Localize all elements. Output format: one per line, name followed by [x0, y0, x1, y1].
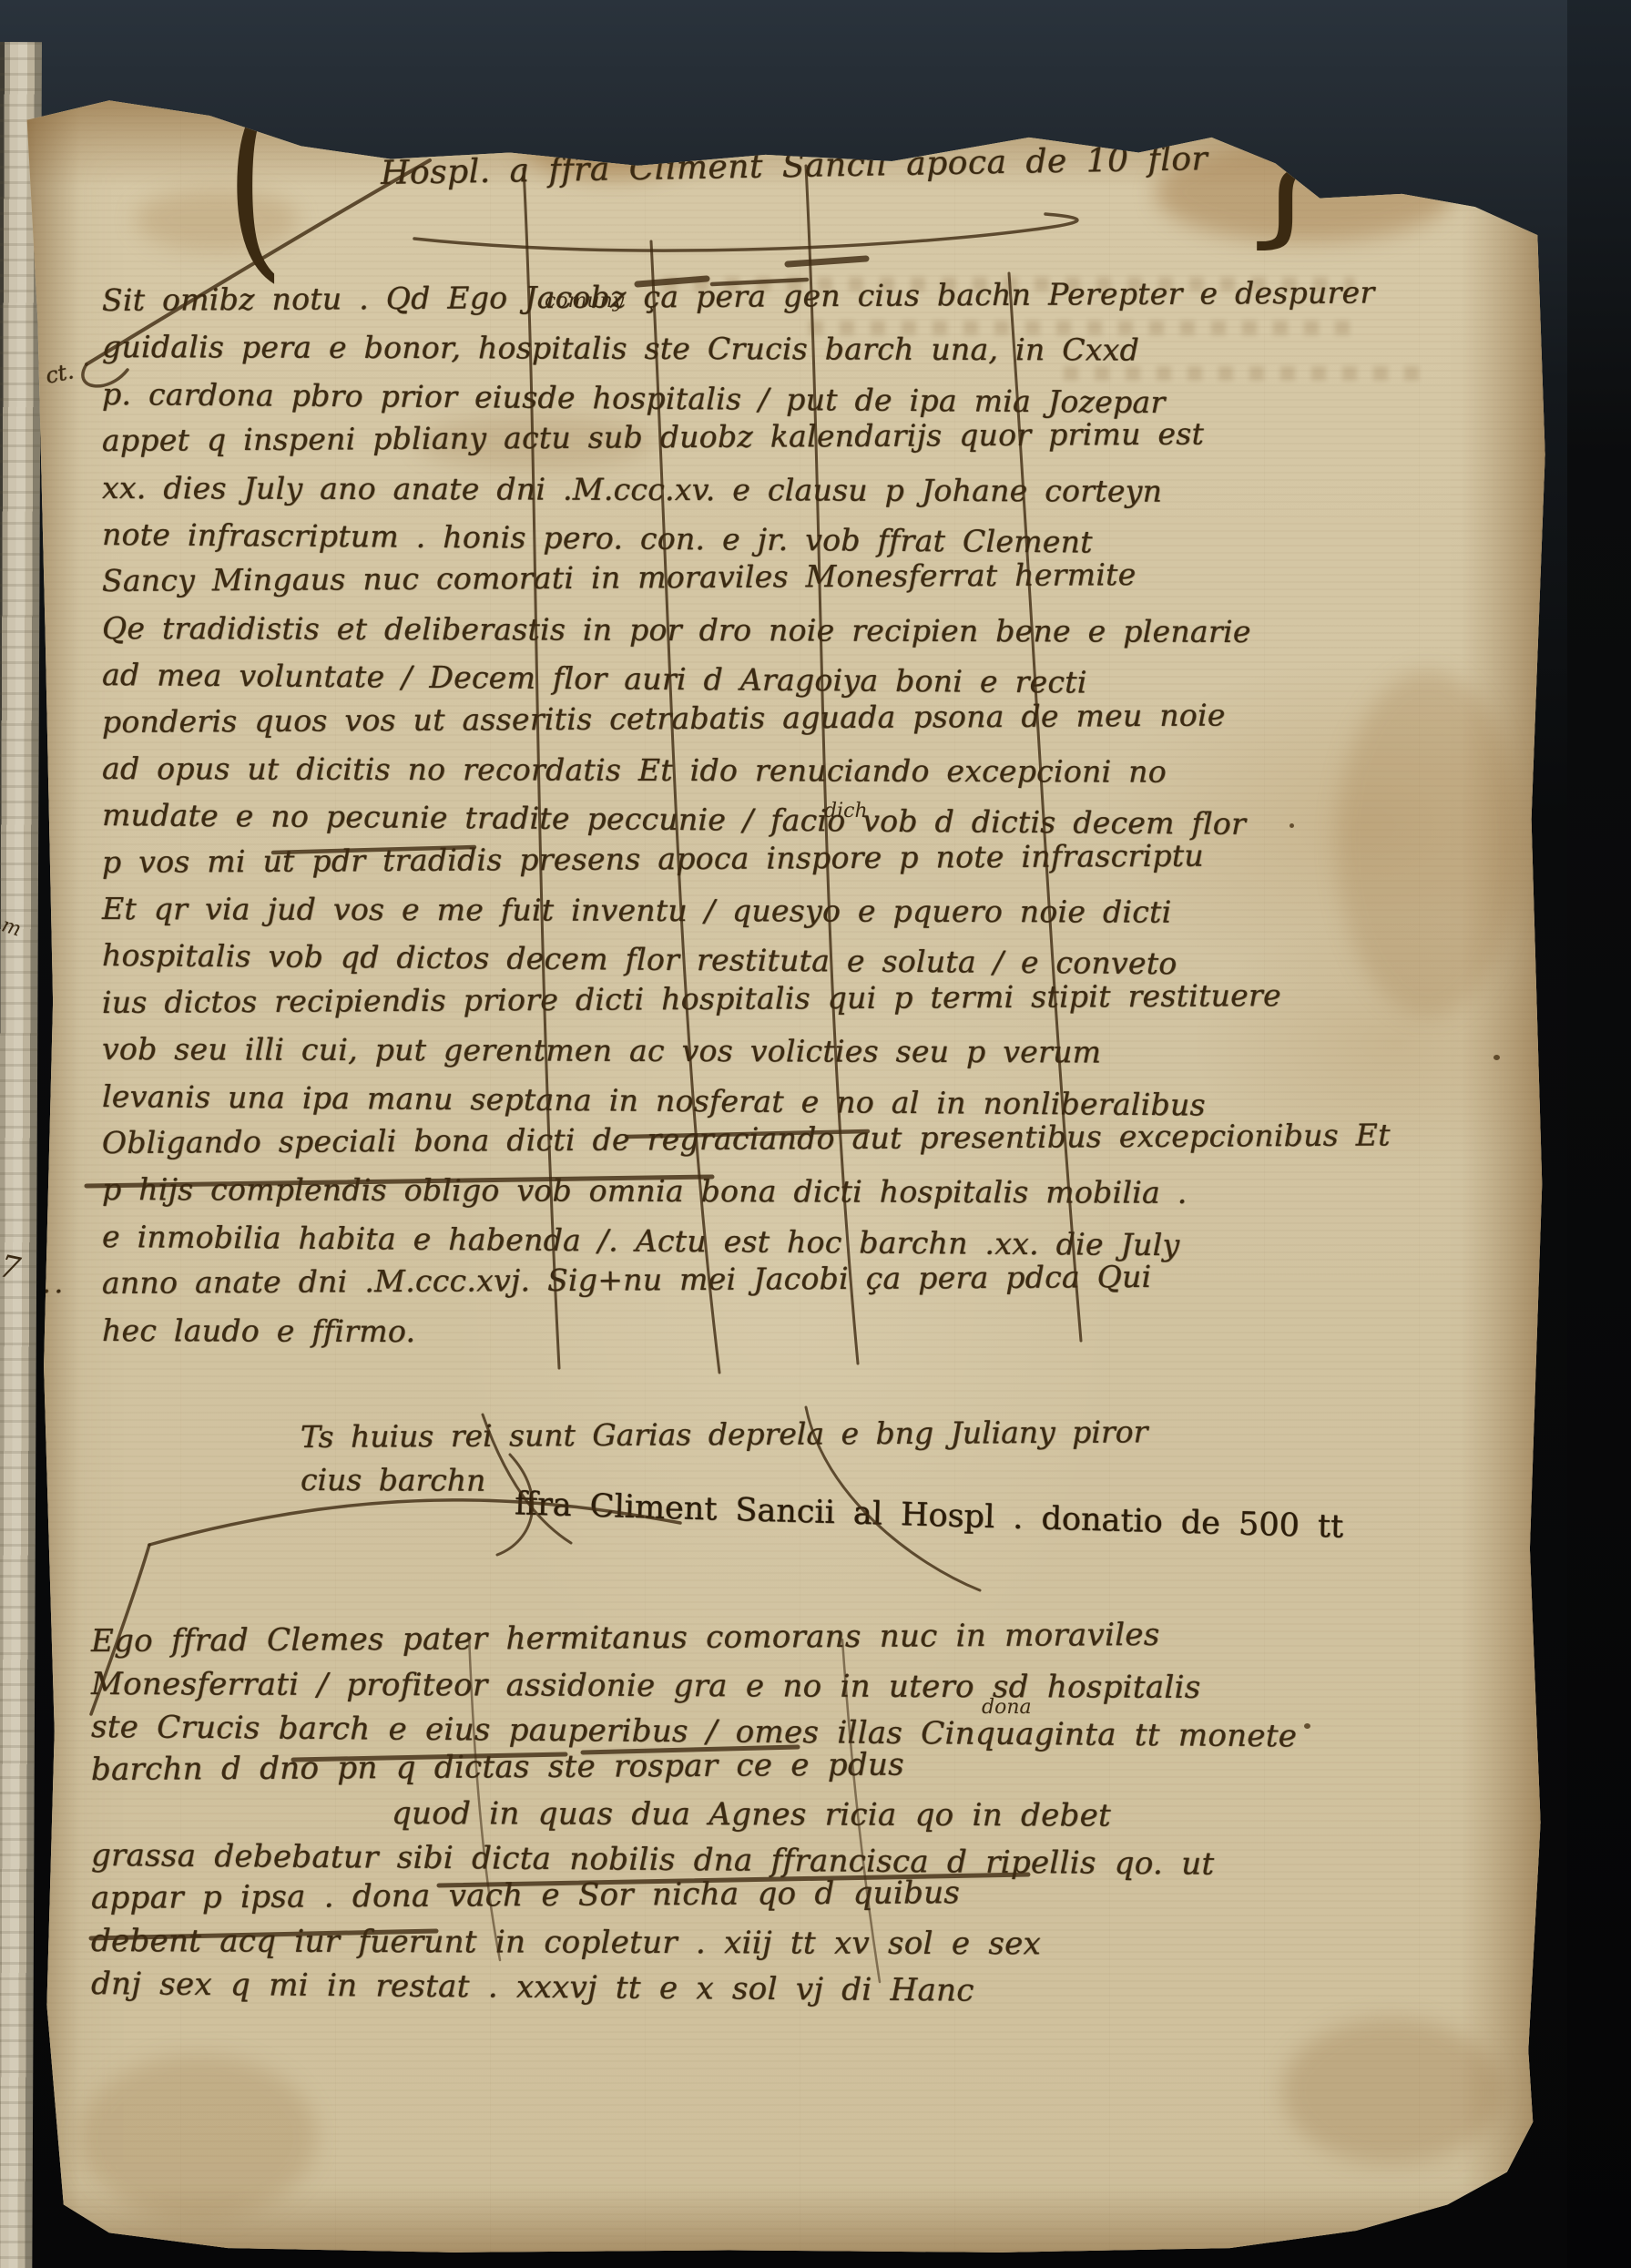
entry2-text-block: Ego ffrad Clemes pater hermitanus comora… [91, 1623, 1457, 2008]
aged-edge-right [1462, 87, 1548, 2259]
manuscript-page: ( } Die lune .xx. die July ano a nate dn… [25, 87, 1548, 2259]
manuscript-line: dnj sex q mi in restat . xxxvj tt e x so… [91, 1966, 1457, 2019]
manuscript-line: quod in quas dua Agnes ricia qo in debet [91, 1794, 1457, 1842]
header-bracket-open-icon: ( [225, 51, 285, 301]
manuscript-line: appar p ipsa . dona vach e Sor nicha qo … [91, 1872, 1457, 1923]
paper-stain [1282, 2018, 1501, 2164]
manuscript-line: ius dictos recipiendis priore dicti hosp… [102, 976, 1432, 1031]
interlinear-addition: dich [824, 800, 868, 822]
margin-dots: .. [42, 1268, 66, 1300]
manuscript-line: ponderis quos vos ut asseritis cetrabati… [102, 696, 1432, 751]
manuscript-line: Ego ffrad Clemes pater hermitanus comora… [91, 1615, 1457, 1666]
manuscript-line: hec laudo e ffirmo. [102, 1313, 1432, 1364]
manuscript-line: p hijs complendis obligo vob omnia bona … [102, 1171, 1432, 1222]
manuscript-line: debent acq iur fuerunt in copletur . xii… [91, 1923, 1457, 1970]
manuscript-line: xx. dies July ano anate dni .M.ccc.xv. e… [102, 470, 1432, 521]
folio-number: 51 [1374, 98, 1426, 147]
manuscript-line: p vos mi ut pdr tradidis presens apoca i… [102, 836, 1432, 891]
manuscript-photo: m 7 ( } Die lune .xx. die July ano a nat… [0, 0, 1631, 2268]
manuscript-line: Qe tradidistis et deliberastis in por dr… [102, 610, 1432, 661]
manuscript-line: Monesferrati / profiteor assidonie gra e… [91, 1666, 1457, 1713]
manuscript-line: barchn d dno pn q dictas ste rospar ce e… [91, 1743, 1457, 1794]
header-bracket-close-icon: } [1238, 56, 1334, 264]
manuscript-line: ad opus ut dicitis no recordatis Et ido … [102, 751, 1432, 802]
interlinear-addition: dona [982, 1696, 1032, 1719]
book-gutter [0, 42, 42, 2268]
manuscript-line: appet q inspeni pbliany actu sub duobz k… [102, 414, 1432, 469]
manuscript-line: Sit omibz notu . Qd Ego Jacobz ça pera g… [102, 274, 1432, 329]
entry1-text-block: Sit omibz notu . Qd Ego Jacobz ça pera g… [102, 282, 1432, 1359]
background-right-band [1567, 0, 1631, 2268]
manuscript-line: anno anate dni .M.ccc.xvj. Sig+nu mei Ja… [102, 1257, 1432, 1312]
manuscript-line: Obligando speciali bona dicti de regraci… [102, 1117, 1432, 1171]
ink-speck [169, 64, 176, 69]
ink-speck [1493, 1055, 1500, 1060]
manuscript-line: Sancy Mingaus nuc comorati in moraviles … [102, 555, 1432, 609]
header-date-line: Die lune .xx. die July ano a nate dni .C… [282, 78, 1297, 143]
manuscript-line: Et qr via jud vos e me fuit inventu / qu… [102, 891, 1432, 942]
manuscript-line: Ts huius rei sunt Garias deprela e bng J… [301, 1414, 1148, 1462]
paper-stain [80, 2055, 317, 2219]
manuscript-line: vob seu illi cui, put gerentmen ac vos v… [102, 1031, 1432, 1082]
interlinear-addition: comuny [545, 290, 624, 312]
manuscript-line: guidalis pera e bonor, hospitalis ste Cr… [102, 329, 1432, 380]
